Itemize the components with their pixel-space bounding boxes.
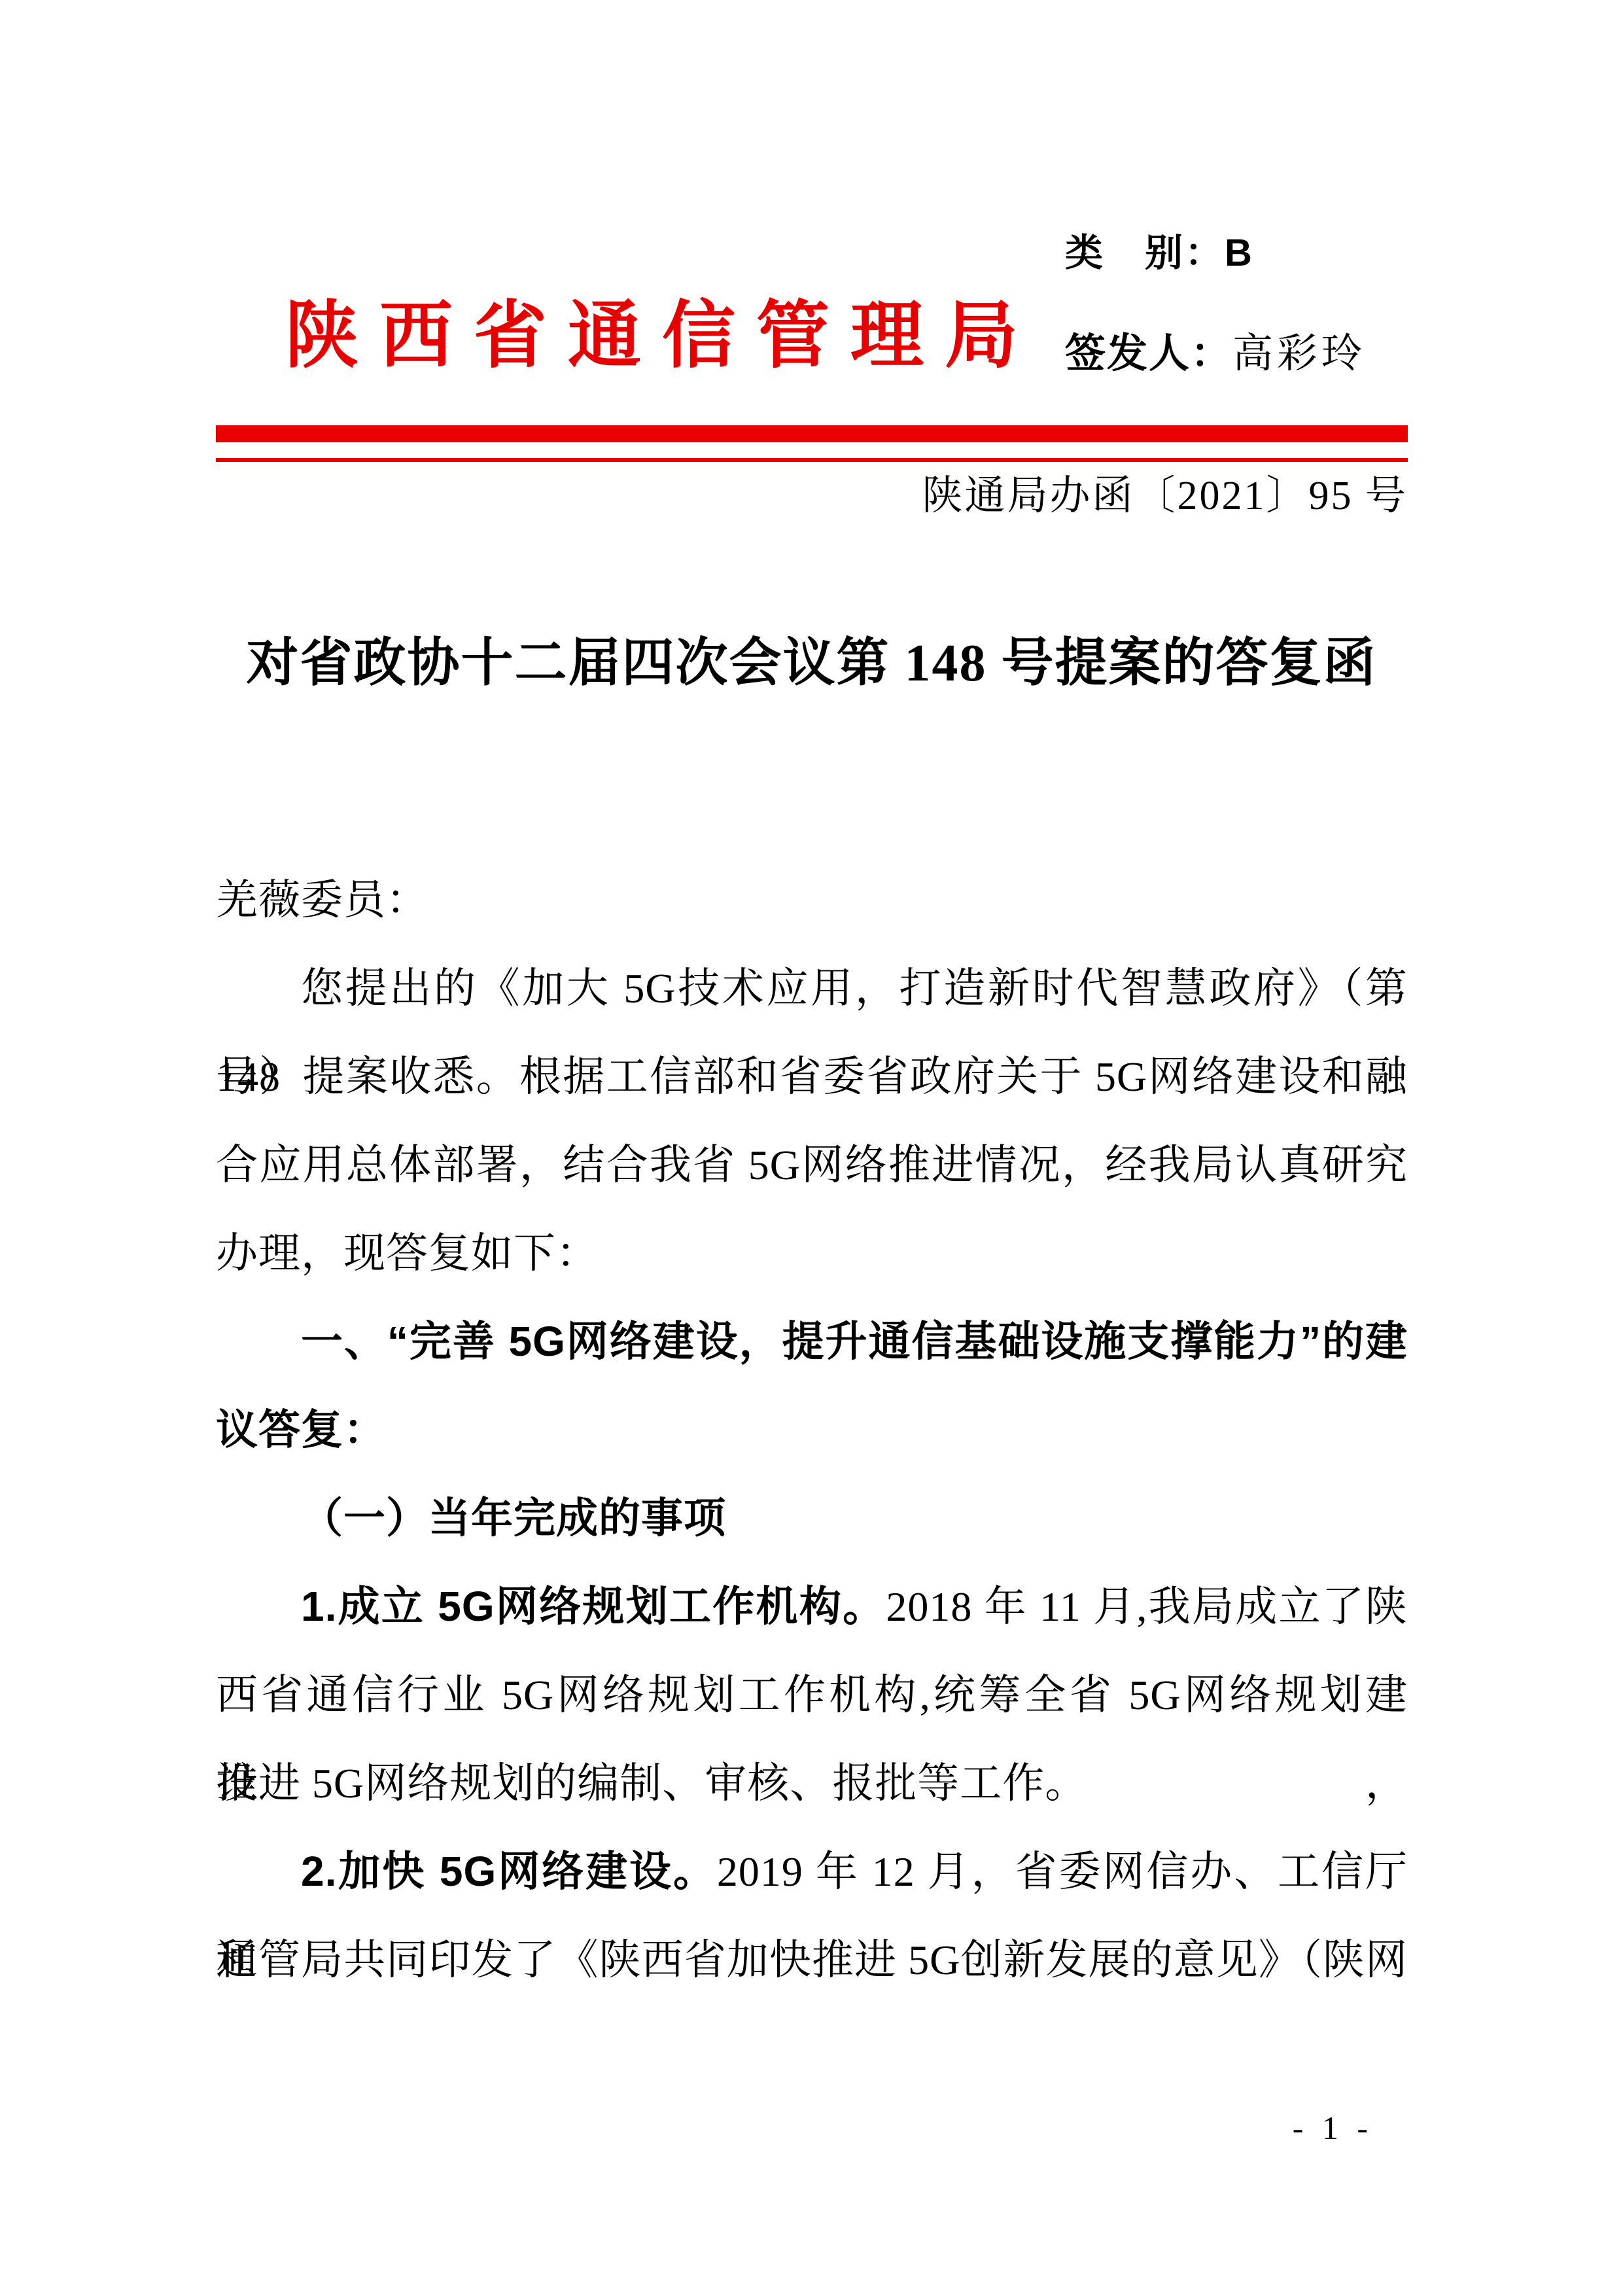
body-line-run: 号）提案收悉。根据工信部和省委省政府关于 5G网络建设和融	[216, 1053, 1408, 1100]
body-line-run: 羌薇委员：	[216, 877, 428, 923]
body-line: 一、“完善 5G网络建设，提升通信基础设施支撑能力”的建	[216, 1298, 1408, 1386]
body-line: 办理，现答复如下：	[216, 1209, 1408, 1298]
red-divider-thick	[216, 425, 1408, 442]
body-line: 2.加快 5G网络建设。2019 年 12 月，省委网信办、工信厅和	[216, 1828, 1408, 1916]
body-line-run: 2018 年 11 月,我局成立了陕	[886, 1583, 1408, 1630]
body-text: 羌薇委员：您提出的《加大 5G技术应用，打造新时代智慧政府》（第 148号）提案…	[216, 856, 1408, 2004]
body-line-run: 推进 5G网络规划的编制、审核、报批等工作。	[216, 1760, 1087, 1807]
page-title: 对省政协十二届四次会议第 148 号提案的答复函	[0, 632, 1623, 695]
body-line: 议答复：	[216, 1386, 1408, 1474]
red-divider-thin	[216, 458, 1408, 462]
body-line-run: （一）当年完成的事项	[301, 1495, 726, 1542]
body-line: 号）提案收悉。根据工信部和省委省政府关于 5G网络建设和融	[216, 1033, 1408, 1121]
document-number: 陕通局办函〔2021〕95 号	[216, 472, 1408, 520]
body-line-run: 1.成立 5G网络规划工作机构。	[301, 1583, 886, 1630]
issuer-label: 签发人：	[1065, 332, 1232, 376]
agency-title: 陕西省通信管理局	[285, 296, 1039, 377]
body-line: 合应用总体部署，结合我省 5G网络推进情况，经我局认真研究	[216, 1121, 1408, 1209]
category-label: 类 别：B	[1065, 230, 1254, 276]
document-page: 类 别：B 陕西省通信管理局 签发人：高彩玲 陕通局办函〔2021〕95 号 对…	[0, 0, 1623, 2296]
page-number: - 1 -	[1293, 2108, 1373, 2147]
body-line-run: 通管局共同印发了《陕西省加快推进 5G创新发展的意见》（陕网	[216, 1937, 1408, 1983]
body-line: 1.成立 5G网络规划工作机构。2018 年 11 月,我局成立了陕	[216, 1563, 1408, 1651]
body-line: （一）当年完成的事项	[216, 1474, 1408, 1563]
issuer-line: 签发人：高彩玲	[1065, 330, 1366, 378]
body-line-run: 2.加快 5G网络建设。	[301, 1848, 717, 1895]
body-line-run: 合应用总体部署，结合我省 5G网络推进情况，经我局认真研究	[216, 1142, 1408, 1188]
issuer-name: 高彩玲	[1232, 332, 1366, 376]
body-line: 您提出的《加大 5G技术应用，打造新时代智慧政府》（第 148	[216, 944, 1408, 1033]
body-line-run: 一、“完善 5G网络建设，提升通信基础设施支撑能力”的建	[301, 1318, 1408, 1365]
body-line: 通管局共同印发了《陕西省加快推进 5G创新发展的意见》（陕网	[216, 1916, 1408, 2004]
body-line-run: 议答复：	[216, 1406, 386, 1453]
body-line: 西省通信行业 5G网络规划工作机构,统筹全省 5G网络规划建设，	[216, 1651, 1408, 1739]
body-line-run: 办理，现答复如下：	[216, 1230, 599, 1277]
body-line: 羌薇委员：	[216, 856, 1408, 944]
